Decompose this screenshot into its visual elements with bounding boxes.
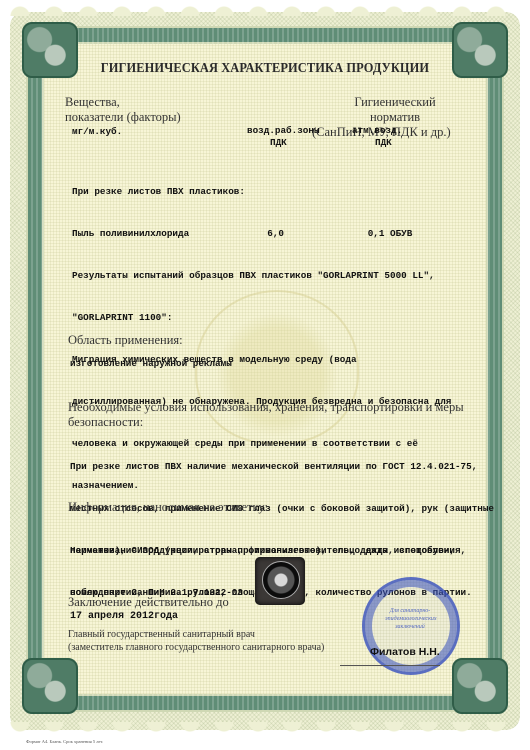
wavy-edge-bottom <box>10 722 520 736</box>
norm-label-line: Гигиенический <box>320 95 470 110</box>
conditions-label-line: безопасности: <box>68 415 464 430</box>
label-info-label: Информация, наносимая на этикетку: <box>68 500 268 515</box>
norm-label: Гигиенический норматив <box>320 95 470 125</box>
column-work-area-pdk: ПДК <box>270 136 287 150</box>
wavy-edge-top <box>10 2 520 16</box>
results-line: При резке листов ПВХ пластиков: <box>72 185 451 199</box>
substances-label: Вещества, показатели (факторы) <box>65 95 181 125</box>
signatory-title: Главный государственный санитарный врач … <box>68 628 324 654</box>
results-line: Пыль поливинилхлорида 6,0 0,1 ОБУВ <box>72 227 451 241</box>
conditions-label: Необходимые условия использования, хране… <box>68 400 464 430</box>
scope-label: Область применения: <box>68 333 183 348</box>
conditions-label-line: Необходимые условия использования, хране… <box>68 400 464 415</box>
signature-line <box>340 665 440 666</box>
signatory-title-line: (заместитель главного государственного с… <box>68 641 324 654</box>
stamp-text: Для санитарно-эпидемиологических заключе… <box>385 607 435 631</box>
scope-value: изготовление наружной рекламы <box>70 357 232 371</box>
column-atmospheric-air-pdk: ПДК <box>375 136 392 150</box>
validity-label: Заключение действительно до <box>68 595 229 610</box>
signatory-title-line: Главный государственный санитарный врач <box>68 628 324 641</box>
results-line: Результаты испытаний образцов ПВХ пласти… <box>72 269 451 283</box>
document-title: ГИГИЕНИЧЕСКАЯ ХАРАКТЕРИСТИКА ПРОДУКЦИИ <box>21 60 509 76</box>
signer-name: Филатов Н.Н. <box>370 646 440 658</box>
conditions-line: При резке листов ПВХ наличие механическо… <box>70 460 494 474</box>
norm-label-line: норматив <box>320 110 470 125</box>
substances-label-line: Вещества, <box>65 95 181 110</box>
ornament-corner-icon <box>22 658 78 714</box>
unit-label: мг/м.куб. <box>72 125 122 139</box>
hologram-seal-icon <box>255 557 305 605</box>
label-info-line: Наименование продукции, страна, фирма-из… <box>70 544 472 558</box>
validity-date: 17 апреля 2012года <box>70 610 178 624</box>
ornament-corner-icon <box>452 658 508 714</box>
substances-label-line: показатели (факторы) <box>65 110 181 125</box>
results-line: "GORLAPRINT 1100": <box>72 311 451 325</box>
form-footer: Формат А4. Бланк. Срок хранения 5 лет. <box>26 739 103 744</box>
